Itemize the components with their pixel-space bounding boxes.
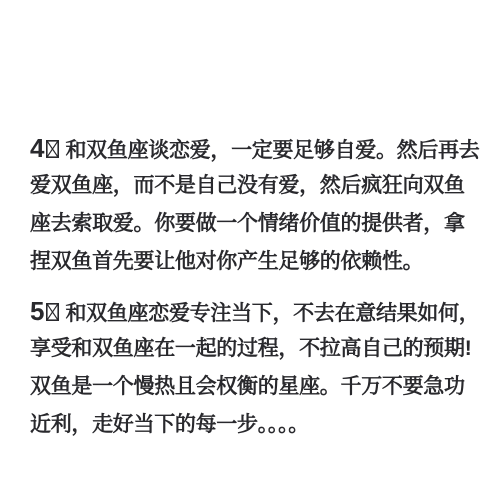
text-line: 4和双鱼座谈恋爱，一定要足够自爱。然后再去: [30, 129, 490, 167]
page: 4和双鱼座谈恋爱，一定要足够自爱。然后再去 爱双鱼座，而不是自己没有爱，然后疯狂…: [0, 0, 500, 503]
text-line: 近利，走好当下的每一步。。。。: [30, 406, 490, 444]
text-line: 捏双鱼首先要让他对你产生足够的依赖性。: [30, 243, 490, 281]
text-run: 和双鱼座恋爱专注当下，不去在意结果如何，: [65, 302, 479, 325]
paragraph-4: 4和双鱼座谈恋爱，一定要足够自爱。然后再去 爱双鱼座，而不是自己没有爱，然后疯狂…: [30, 129, 490, 281]
text-content: 4和双鱼座谈恋爱，一定要足够自爱。然后再去 爱双鱼座，而不是自己没有爱，然后疯狂…: [30, 129, 490, 444]
text-line: 5和双鱼座恋爱专注当下，不去在意结果如何，: [30, 292, 490, 330]
missing-glyph-icon: [46, 140, 59, 158]
text-line: 享受和双鱼座在一起的过程，不拉高自己的预期!: [30, 330, 490, 368]
paragraph-5: 5和双鱼座恋爱专注当下，不去在意结果如何， 享受和双鱼座在一起的过程，不拉高自己…: [30, 292, 490, 444]
text-line: 双鱼是一个慢热且会权衡的星座。千万不要急功: [30, 368, 490, 406]
list-number: 5: [30, 296, 44, 326]
list-number: 4: [30, 133, 44, 163]
missing-glyph-icon: [46, 303, 59, 321]
text-line: 爱双鱼座，而不是自己没有爱，然后疯狂向双鱼: [30, 167, 490, 205]
text-run: 和双鱼座谈恋爱，一定要足够自爱。然后再去: [65, 139, 479, 162]
text-line: 座去索取爱。你要做一个情绪价值的提供者，拿: [30, 205, 490, 243]
